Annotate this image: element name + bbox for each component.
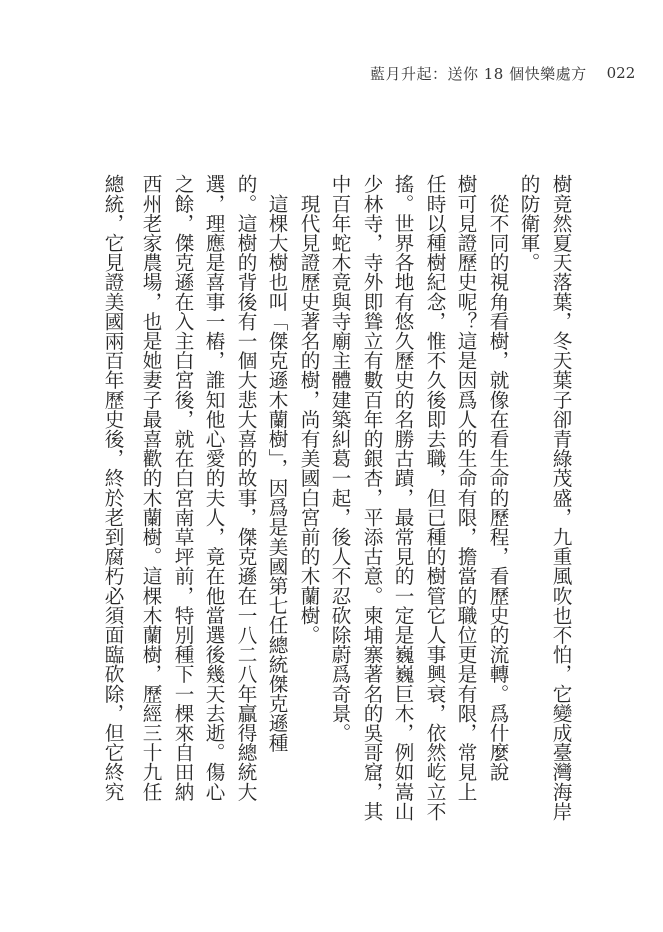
text-column: 之餘，傑克遜在入主白宮後，就在白宮南草坪前，特別種下一棵來自田納 bbox=[171, 174, 193, 834]
text-column: 的。這樹的背後有一個大悲大喜的故事，傑克遜在一八二八年贏得總統大 bbox=[234, 174, 256, 834]
text-column: 中百年蛇木竟與寺廟主體建築糾葛一起，後人不忍砍除蔚爲奇景。 bbox=[328, 174, 350, 834]
text-column: 搖。世界各地有悠久歷史的名勝古蹟，最常見的一定是巍巍巨木，例如嵩山 bbox=[391, 174, 413, 834]
text-column: 這棵大樹也叫「傑克遜木蘭樹」，因爲是美國第七任總統傑克遜種 bbox=[265, 174, 287, 834]
vertical-body-text: 樹竟然夏天落葉，冬天葉子卻青綠茂盛，九重風吹也不怕，它變成臺灣海岸 的防衛軍。 … bbox=[0, 0, 663, 932]
text-column: 現代見證歷史著名的樹，尚有美國白宮前的木蘭樹。 bbox=[297, 174, 319, 834]
text-column: 樹竟然夏天落葉，冬天葉子卻青綠茂盛，九重風吹也不怕，它變成臺灣海岸 bbox=[549, 174, 571, 834]
book-page: 藍月升起：送你 18 個快樂處方 022 樹竟然夏天落葉，冬天葉子卻青綠茂盛，九… bbox=[0, 0, 663, 932]
text-column: 從不同的視角看樹，就像在看生命的歷程，看歷史的流轉。爲什麼說 bbox=[486, 174, 508, 834]
text-column: 西州老家農場，也是她妻子最喜歡的木蘭樹。這棵木蘭樹，歷經三十九任 bbox=[139, 174, 161, 834]
text-column: 選，理應是喜事一樁，誰知他心愛的夫人，竟在他當選後幾天去逝。傷心 bbox=[202, 174, 224, 834]
text-column: 少林寺，寺外即聳立有數百年的銀杏，平添古意。柬埔寨著名的吳哥窟，其 bbox=[360, 174, 382, 834]
text-column: 的防衛軍。 bbox=[517, 174, 539, 834]
text-column: 總統，它見證美國兩百年歷史後，終於老到腐朽必須面臨砍除，但它終究 bbox=[101, 174, 123, 834]
text-column: 樹可見證歷史呢？這是因爲人的生命有限，擔當的職位更是有限，常見上 bbox=[454, 174, 476, 834]
text-column: 任時以種樹紀念，惟不久後即去職，但已種的樹管它人事興衰，依然屹立不 bbox=[423, 174, 445, 834]
